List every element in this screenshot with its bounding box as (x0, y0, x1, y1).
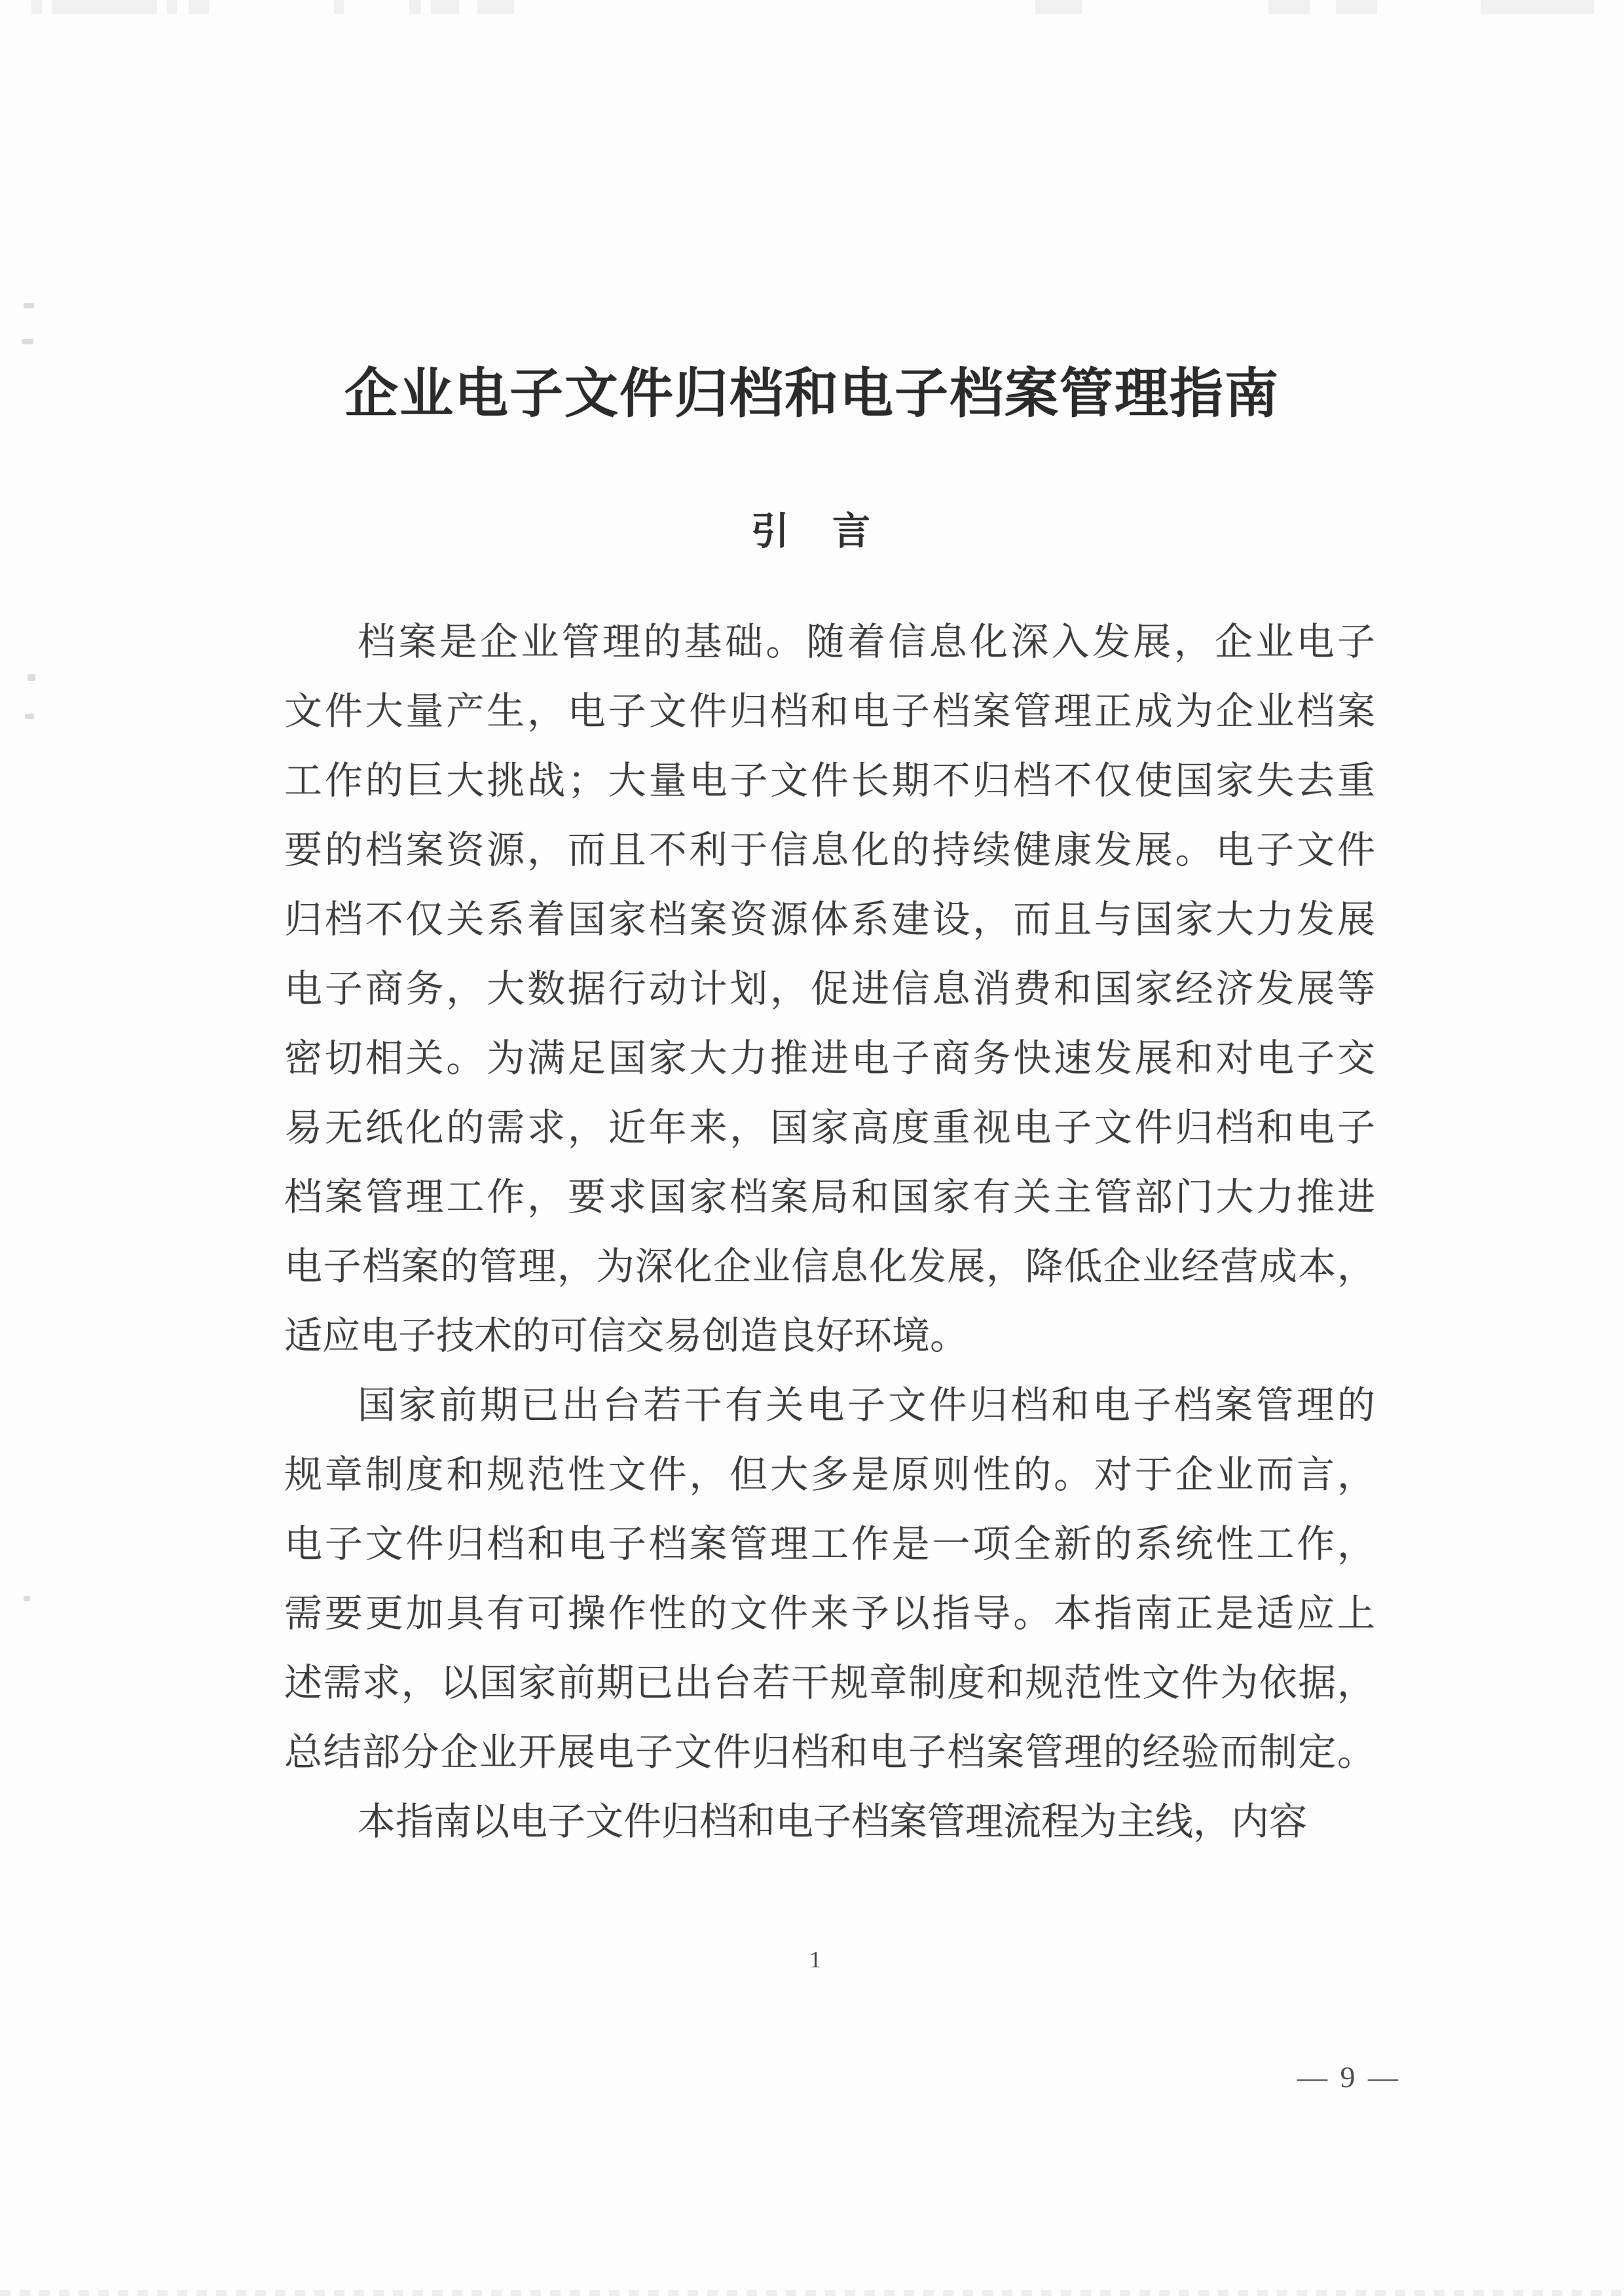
scan-artifact (167, 0, 177, 14)
body-line: 文件大量产生，电子文件归档和电子档案管理正成为企业档案 (284, 677, 1375, 746)
scan-artifact (431, 0, 459, 14)
body-line: 电子档案的管理，为深化企业信息化发展，降低企业经营成本， (284, 1232, 1375, 1302)
scan-artifact (52, 0, 157, 14)
scan-artifact (334, 0, 344, 14)
scan-artifact-bottom (0, 2290, 1624, 2296)
body-line: 档案管理工作，要求国家档案局和国家有关主管部门大力推进 (284, 1163, 1375, 1232)
body-line: 工作的巨大挑战；大量电子文件长期不归档不仅使国家失去重 (284, 746, 1375, 816)
body-line: 总结部分企业开展电子文件归档和电子档案管理的经验而制定。 (284, 1718, 1375, 1787)
scan-speck (24, 303, 34, 308)
body-line: 电子商务，大数据行动计划，促进信息消费和国家经济发展等 (284, 955, 1375, 1024)
body-line: 密切相关。为满足国家大力推进电子商务快速发展和对电子交 (284, 1024, 1375, 1093)
body-line: 本指南以电子文件归档和电子档案管理流程为主线，内容 (284, 1787, 1375, 1857)
footer-page-number: — 9 — (1264, 2060, 1434, 2094)
body-line: 需要更加具有可操作性的文件来予以指导。本指南正是适应上 (284, 1579, 1375, 1649)
body-line: 归档不仅关系着国家档案资源体系建设，而且与国家大力发展 (284, 885, 1375, 955)
scan-artifact (1481, 0, 1594, 14)
body-line: 适应电子技术的可信交易创造良好环境。 (284, 1302, 1375, 1371)
scan-speck (28, 674, 35, 681)
body-line: 电子文件归档和电子档案管理工作是一项全新的系统性工作， (284, 1510, 1375, 1579)
body-line: 国家前期已出台若干有关电子文件归档和电子档案管理的 (284, 1371, 1375, 1440)
scan-artifact (409, 0, 421, 14)
scan-speck (22, 339, 33, 344)
body-line: 述需求，以国家前期已出台若干规章制度和规范性文件为依据， (284, 1649, 1375, 1718)
scan-speck (24, 1596, 30, 1601)
scan-artifact (1268, 0, 1310, 14)
document-title: 企业电子文件归档和电子档案管理指南 (0, 351, 1624, 428)
body-line: 规章制度和规范性文件，但大多是原则性的。对于企业而言， (284, 1440, 1375, 1510)
inner-page-number: 1 (789, 1946, 841, 1973)
scan-artifact (1336, 0, 1377, 14)
section-heading-introduction: 引 言 (0, 500, 1624, 555)
document-page: 企业电子文件归档和电子档案管理指南 引 言 档案是企业管理的基础。随着信息化深入… (0, 0, 1624, 2296)
scan-artifact (1035, 0, 1082, 14)
scan-artifact (477, 0, 514, 14)
body-text: 档案是企业管理的基础。随着信息化深入发展，企业电子 文件大量产生，电子文件归档和… (284, 608, 1375, 1857)
scan-artifact (31, 0, 42, 14)
scan-artifact (189, 0, 209, 14)
body-line: 易无纸化的需求，近年来，国家高度重视电子文件归档和电子 (284, 1093, 1375, 1163)
body-line: 档案是企业管理的基础。随着信息化深入发展，企业电子 (284, 608, 1375, 677)
body-line: 要的档案资源，而且不利于信息化的持续健康发展。电子文件 (284, 816, 1375, 885)
scan-speck (25, 714, 34, 719)
